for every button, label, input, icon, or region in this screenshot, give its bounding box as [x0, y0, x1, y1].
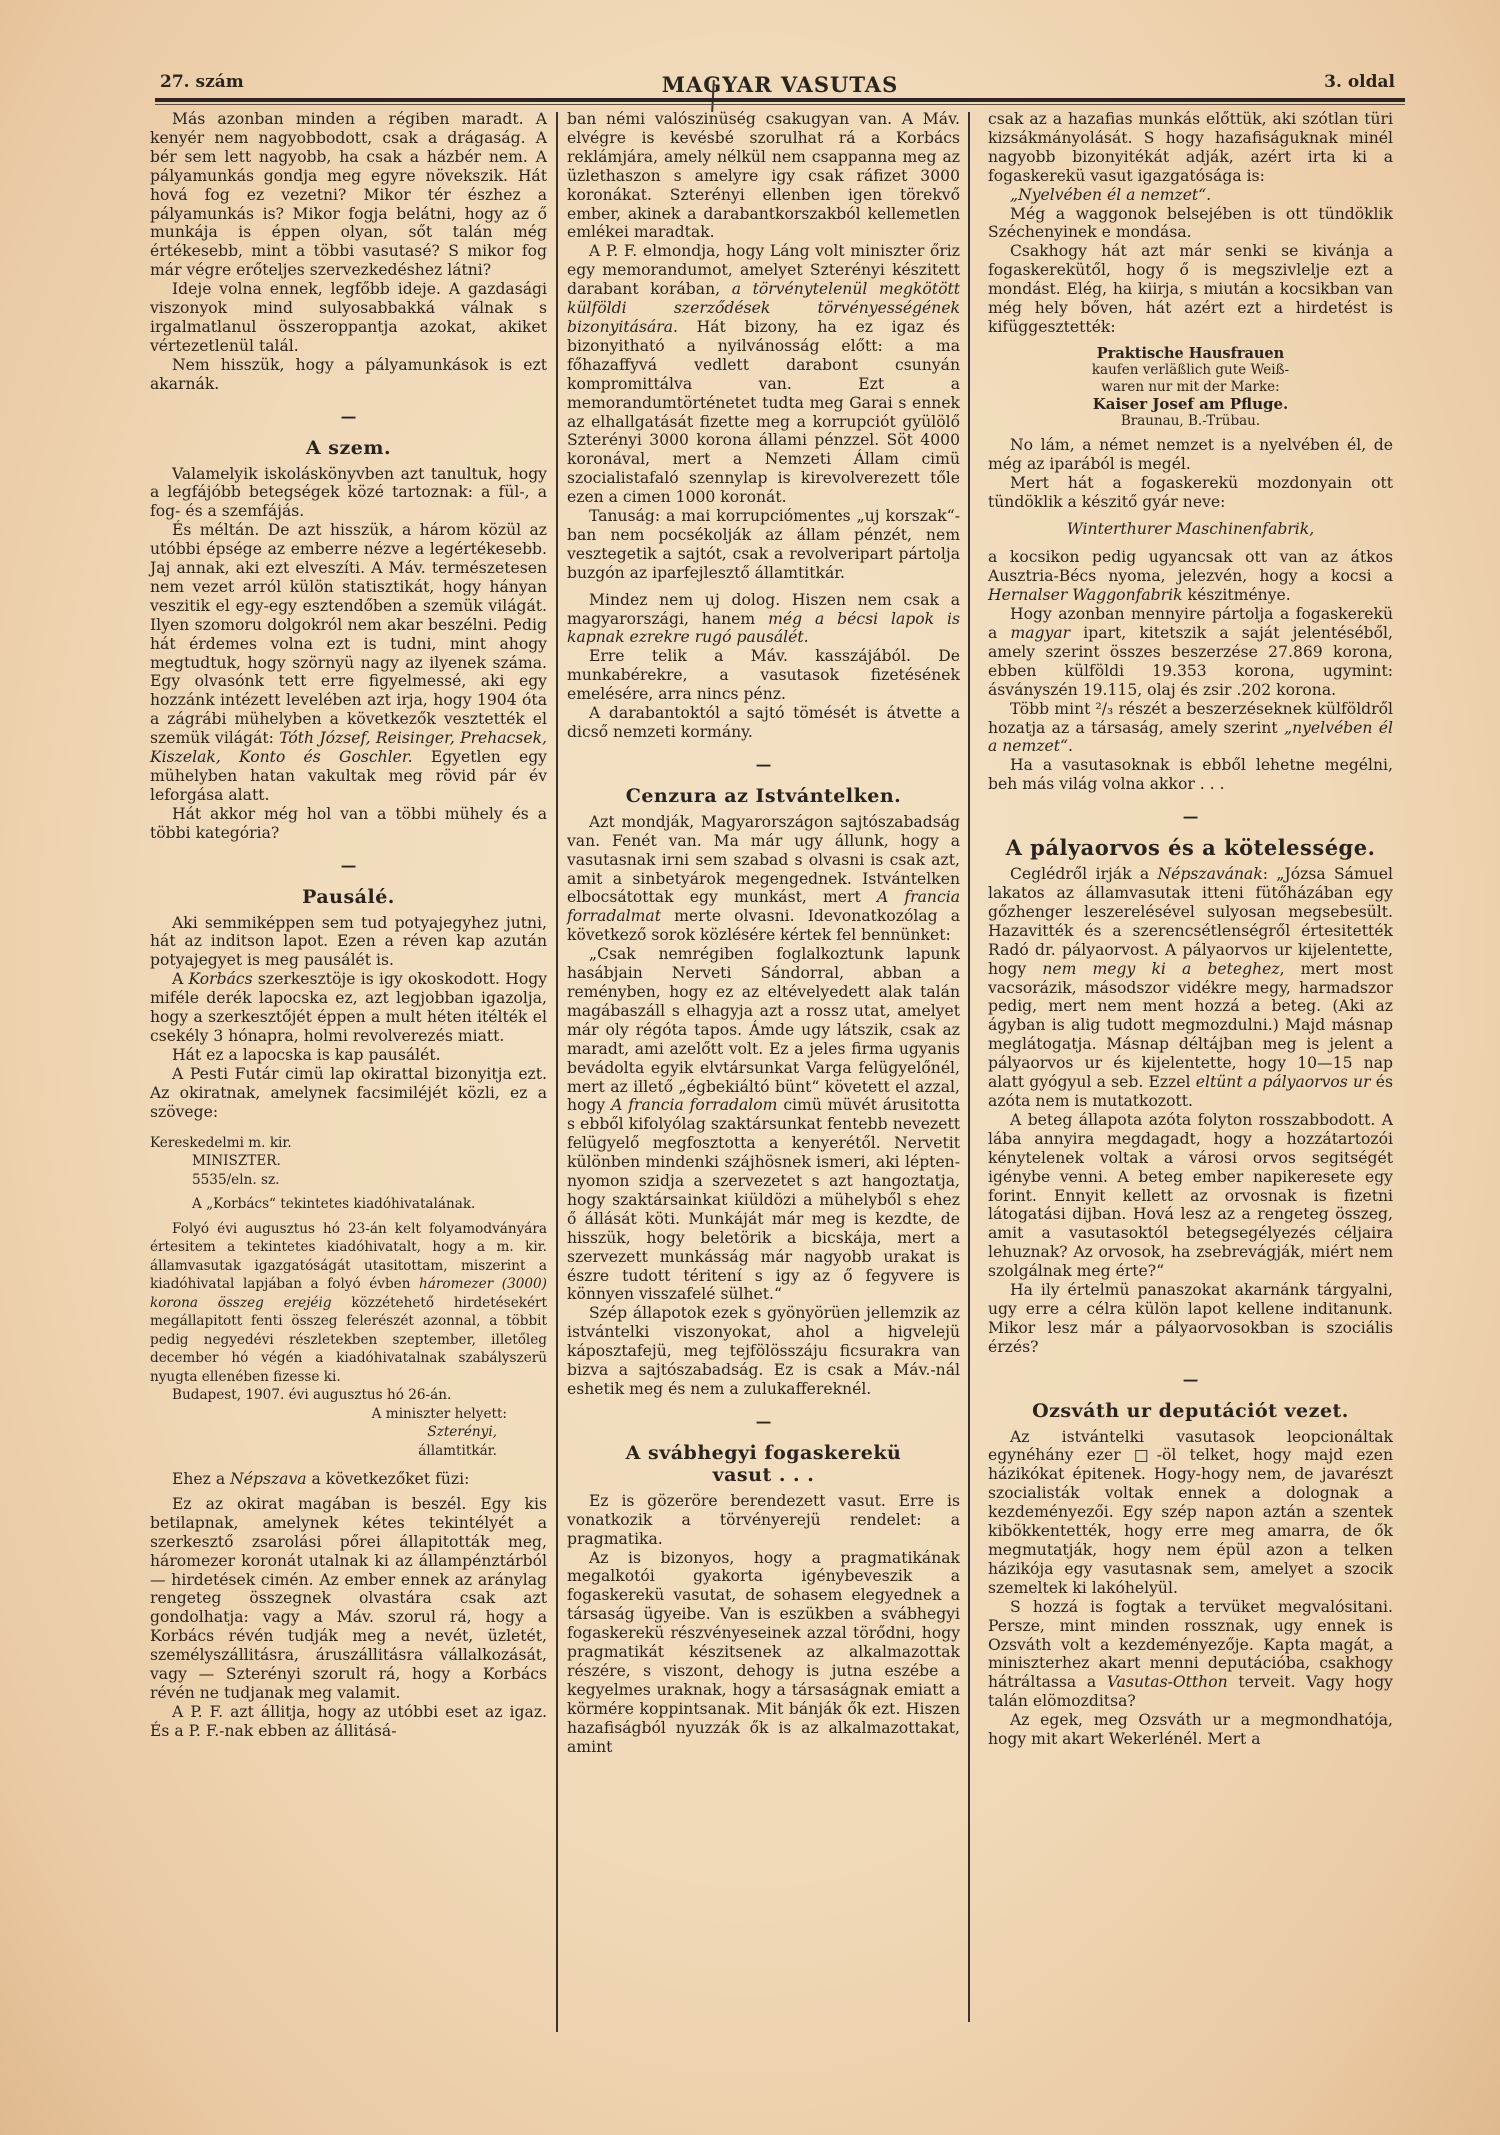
- doc-signature-title: államtitkár.: [150, 1442, 547, 1461]
- quoted-document: Kereskedelmi m. kir. MINISZTER. 5535/eln…: [150, 1134, 547, 1461]
- article-cenzura: Cenzura az Istvántelken. Azt mondják, Ma…: [567, 785, 960, 1399]
- doc-signature-line: A miniszter helyett:: [150, 1405, 547, 1424]
- paragraph: Ez is gözeröre berendezett vasut. Erre i…: [567, 1492, 960, 1549]
- doc-body: Folyó évi augusztus hó 23-án kelt folyam…: [150, 1220, 547, 1387]
- masthead-rule-thin: [155, 104, 1405, 105]
- factory-name: Winterthurer Maschinenfabrik,: [988, 520, 1393, 539]
- article-title: A svábhegyi fogaskereküvasut . . .: [567, 1442, 960, 1486]
- page-number: 3. oldal: [1324, 72, 1395, 92]
- paragraph: No lám, a német nemzet is a nyelvében él…: [988, 436, 1393, 474]
- masthead-rule: [155, 98, 1405, 102]
- paragraph: A P. F. azt állitja, hogy az utóbbi eset…: [150, 1703, 547, 1741]
- doc-line: 5535/eln. sz.: [150, 1171, 547, 1190]
- section-separator: —: [988, 808, 1393, 827]
- article-title: Cenzura az Istvántelken.: [567, 785, 960, 807]
- section-separator: —: [150, 408, 547, 427]
- paragraph: Hát ez a lapocska is kap pausálét.: [150, 1046, 547, 1065]
- paragraph: A Pesti Futár cimü lap okirattal bizonyi…: [150, 1065, 547, 1122]
- section-separator: —: [150, 857, 547, 876]
- doc-addressee: A „Korbács“ tekintetes kiadóhivatalának.: [150, 1195, 547, 1214]
- paragraph: Ideje volna ennek, legfőbb ideje. A gazd…: [150, 280, 547, 356]
- paragraph: Erre telik a Máv. kasszájából. De munkab…: [567, 647, 960, 704]
- paragraph: Az is bizonyos, hogy a pragmatikának meg…: [567, 1549, 960, 1757]
- paragraph: Az istvántelki vasutasok leopcionáltak e…: [988, 1428, 1393, 1598]
- paragraph: a kocsikon pedig ugyancsak ott van az át…: [988, 548, 1393, 605]
- paragraph: Ehez a Népszava a következőket füzi:: [150, 1470, 547, 1489]
- section-separator: —: [988, 1371, 1393, 1390]
- paragraph: Ha a vasutasoknak is ebből lehetne megél…: [988, 756, 1393, 794]
- paragraph: És méltán. De azt hisszük, a három közül…: [150, 521, 547, 805]
- section-separator: —: [567, 1413, 960, 1432]
- doc-line: MINISZTER.: [150, 1152, 547, 1171]
- article-pausale: Pausálé. Aki semmiképpen sem tud potyaje…: [150, 886, 547, 1741]
- paragraph: csak az a hazafias munkás előttük, aki s…: [988, 110, 1393, 186]
- article-fogaskereku: A svábhegyi fogaskereküvasut . . . Ez is…: [567, 1442, 960, 1757]
- paragraph: A darabantoktól a sajtó tömését is átvet…: [567, 704, 960, 742]
- advertisement-quote: Praktische Hausfrauen kaufen verläßlich …: [988, 345, 1393, 430]
- doc-signature-name: Szterényi,: [150, 1423, 547, 1442]
- paragraph: Valamelyik iskoláskönyvben azt tanultuk,…: [150, 465, 547, 522]
- paragraph: ban némi valószinüség csakugyan van. A M…: [567, 110, 960, 242]
- column-middle: ban némi valószinüség csakugyan van. A M…: [567, 110, 960, 1757]
- masthead: 27. szám MAGYAR VASUTAS 3. oldal: [160, 72, 1400, 98]
- article-szem: A szem. Valamelyik iskoláskönyvben azt t…: [150, 437, 547, 843]
- paragraph: Szép állapotok ezek s gyönyörüen jellemz…: [567, 1304, 960, 1399]
- quote-line: „Nyelvében él a nemzet“.: [988, 186, 1393, 205]
- article-continuation: Más azonban minden a régiben maradt. A k…: [150, 110, 547, 394]
- paragraph: Ez az okirat magában is beszél. Egy kis …: [150, 1495, 547, 1703]
- paragraph: Aki semmiképpen sem tud potyajegyhez jut…: [150, 914, 547, 971]
- paragraph: Mindez nem uj dolog. Hiszen nem csak a m…: [567, 591, 960, 648]
- paragraph: Azt mondják, Magyarországon sajtószabads…: [567, 813, 960, 945]
- paragraph: Más azonban minden a régiben maradt. A k…: [150, 110, 547, 280]
- paragraph: Tanuság: a mai korrupciómentes „uj korsz…: [567, 507, 960, 583]
- paragraph: Hogy azonban mennyire pártolja a fogaske…: [988, 605, 1393, 700]
- paragraph: Hát akkor még hol van a többi mühely és …: [150, 805, 547, 843]
- paragraph: Ha ily értelmü panaszokat akarnánk tárgy…: [988, 1281, 1393, 1357]
- paragraph: S hozzá is fogtak a tervüket megvalósita…: [988, 1598, 1393, 1711]
- paragraph: Csakhogy hát azt már senki se kivánja a …: [988, 242, 1393, 337]
- column-divider: [968, 112, 970, 2022]
- column-divider: [556, 112, 558, 2032]
- article-title: Ozsváth ur deputációt vezet.: [988, 1400, 1393, 1422]
- column-left: Más azonban minden a régiben maradt. A k…: [150, 110, 547, 1741]
- article-ozsvath: Ozsváth ur deputációt vezet. Az istvánte…: [988, 1400, 1393, 1749]
- paragraph: Az egek, meg Ozsváth ur a megmondhatója,…: [988, 1711, 1393, 1749]
- paragraph: „Csak nemrégiben foglalkoztunk lapunk ha…: [567, 945, 960, 1304]
- section-separator: —: [567, 756, 960, 775]
- article-palyaorvos: A pályaorvos és a kötelessége. Ceglédről…: [988, 837, 1393, 1357]
- paragraph: Még a waggonok belsejében is ott tündökl…: [988, 205, 1393, 243]
- newspaper-title: MAGYAR VASUTAS: [160, 72, 1400, 97]
- paragraph: A P. F. elmondja, hogy Láng volt miniszt…: [567, 242, 960, 507]
- paragraph: Ceglédről irják a Népszavának: „Józsa Sá…: [988, 865, 1393, 1111]
- paragraph: Több mint ²/₃ részét a beszerzéseknek kü…: [988, 700, 1393, 757]
- doc-date: Budapest, 1907. évi augusztus hó 26-án.: [150, 1386, 547, 1405]
- article-title: Pausálé.: [150, 886, 547, 908]
- article-title: A szem.: [150, 437, 547, 459]
- article-title: A pályaorvos és a kötelessége.: [988, 837, 1393, 859]
- paragraph: Nem hisszük, hogy a pályamunkások is ezt…: [150, 356, 547, 394]
- paragraph: A beteg állapota azóta folyton rosszabbo…: [988, 1111, 1393, 1281]
- paragraph: A Korbács szerkesztöje is igy okoskodott…: [150, 970, 547, 1046]
- doc-line: Kereskedelmi m. kir.: [150, 1134, 547, 1153]
- paragraph: Mert hát a fogaskerekü mozdonyain ott tü…: [988, 474, 1393, 512]
- newspaper-page: 27. szám MAGYAR VASUTAS 3. oldal Más azo…: [0, 0, 1500, 2135]
- column-right: csak az a hazafias munkás előttük, aki s…: [988, 110, 1393, 1749]
